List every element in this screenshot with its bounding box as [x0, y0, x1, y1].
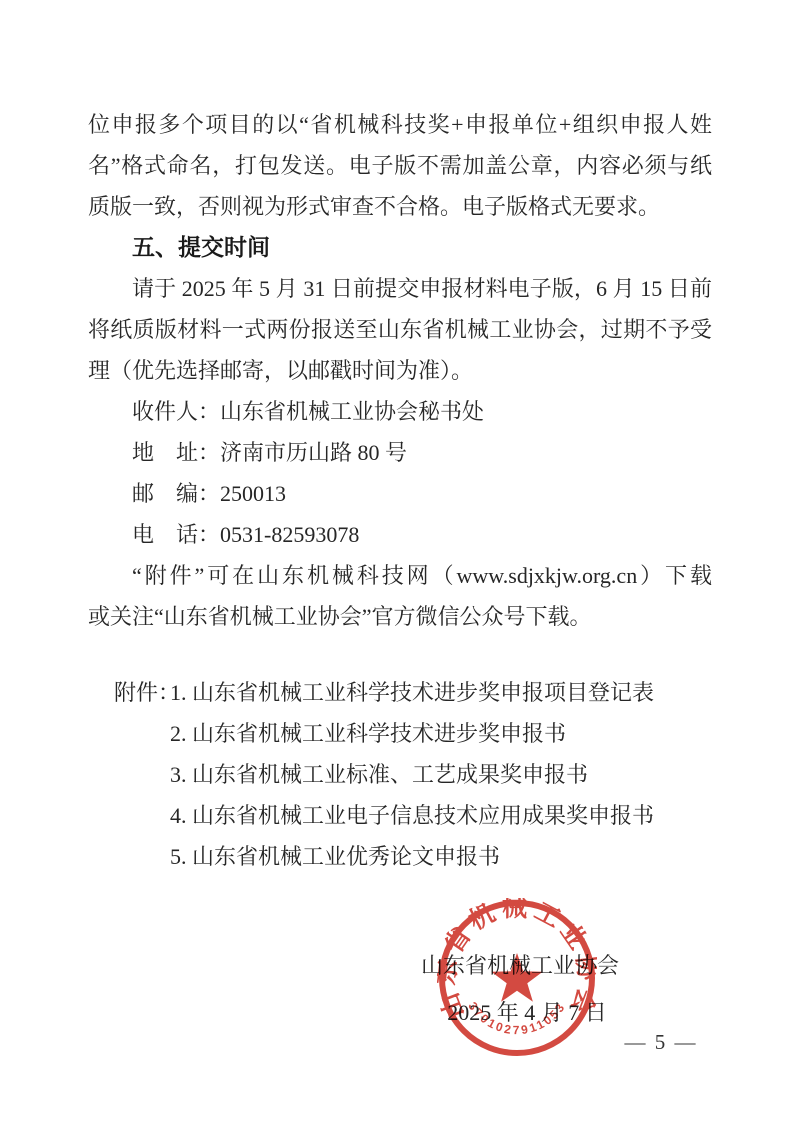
text-line: 电 话：0531-82593078 — [88, 514, 712, 555]
attachments-block: 附件： 1. 山东省机械工业科学技术进步奖申报项目登记表2. 山东省机械工业科学… — [114, 672, 654, 877]
document-page: 位申报多个项目的以“省机械科技奖+申报单位+组织申报人姓名”格式命名，打包发送。… — [0, 0, 800, 1131]
attachments-list: 1. 山东省机械工业科学技术进步奖申报项目登记表2. 山东省机械工业科学技术进步… — [170, 672, 654, 877]
text-line: 名”格式命名，打包发送。电子版不需加盖公章，内容必须与纸 — [88, 145, 712, 186]
attachment-item: 2. 山东省机械工业科学技术进步奖申报书 — [170, 713, 654, 754]
text-line: 或关注“山东省机械工业协会”官方微信公众号下载。 — [88, 596, 712, 637]
text-line: 地 址：济南市历山路 80 号 — [88, 432, 712, 473]
signature-block: 山东省机械工业协会 2025 年 4 月 7 日 — [420, 950, 620, 1028]
text-line: 将纸质版材料一式两份报送至山东省机械工业协会，过期不予受 — [88, 309, 712, 350]
text-line: 邮 编：250013 — [88, 473, 712, 514]
text-line: 理（优先选择邮寄，以邮戳时间为准）。 — [88, 350, 712, 391]
page-number: — 5 — — [616, 1030, 706, 1055]
text-line: “附件”可在山东机械科技网（www.sdjxkjw.org.cn）下载 — [88, 555, 712, 596]
signature-organization: 山东省机械工业协会 — [420, 950, 620, 982]
attachment-item: 1. 山东省机械工业科学技术进步奖申报项目登记表 — [170, 672, 654, 713]
attachments-label: 附件： — [114, 672, 170, 713]
attachment-item: 4. 山东省机械工业电子信息技术应用成果奖申报书 — [170, 795, 654, 836]
text-line: 位申报多个项目的以“省机械科技奖+申报单位+组织申报人姓 — [88, 104, 712, 145]
attachment-item: 5. 山东省机械工业优秀论文申报书 — [170, 836, 654, 877]
text-line: 收件人：山东省机械工业协会秘书处 — [88, 391, 712, 432]
text-line: 质版一致，否则视为形式审查不合格。电子版格式无要求。 — [88, 186, 712, 227]
section-heading: 五、提交时间 — [88, 227, 712, 268]
attachment-item: 3. 山东省机械工业标准、工艺成果奖申报书 — [170, 754, 654, 795]
text-line: 请于 2025 年 5 月 31 日前提交申报材料电子版，6 月 15 日前 — [88, 268, 712, 309]
signature-date: 2025 年 4 月 7 日 — [420, 998, 620, 1028]
document-body: 位申报多个项目的以“省机械科技奖+申报单位+组织申报人姓名”格式命名，打包发送。… — [88, 104, 712, 637]
